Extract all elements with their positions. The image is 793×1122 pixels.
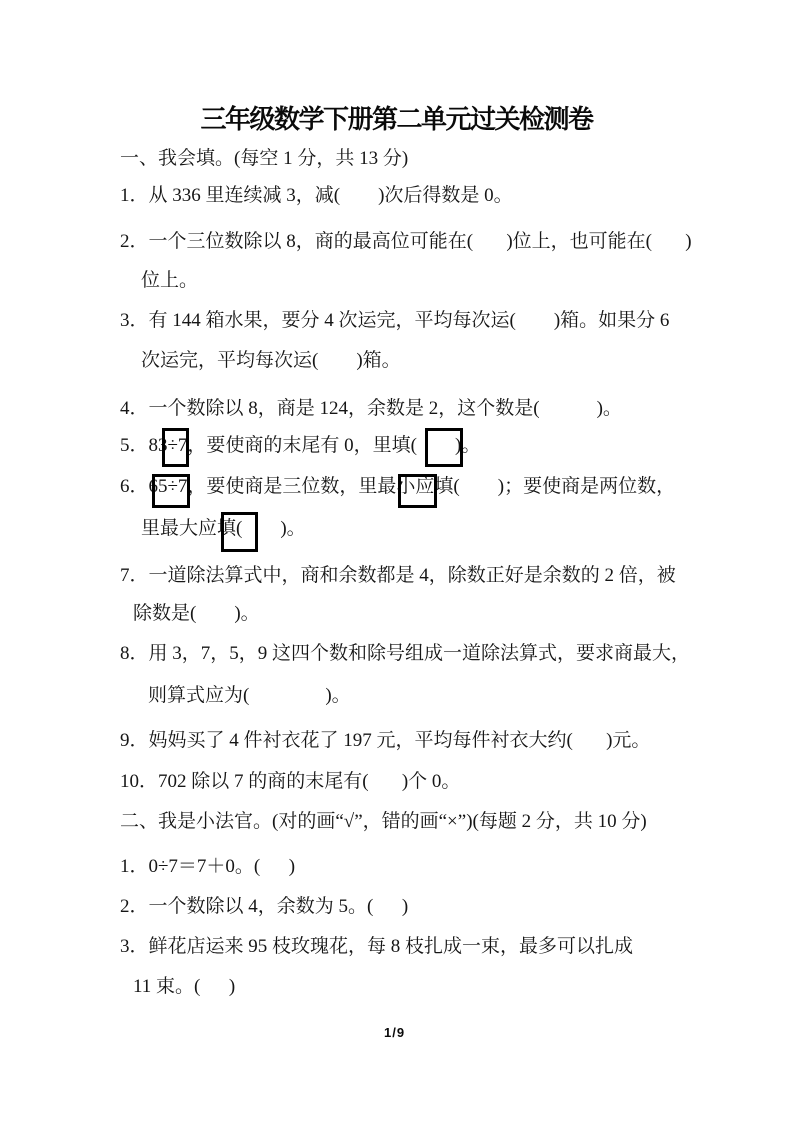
section-2-question-1: 1．0÷7＝7＋0。( ) (120, 855, 295, 879)
section-1-question-2-line-2: 位上。 (141, 269, 198, 293)
section-1-question-3-line-1: 3．有 144 箱水果，要分 4 次运完，平均每次运( )箱。如果分 6 (120, 309, 669, 333)
section-1-question-3-line-2: 次运完，平均每次运( )箱。 (141, 349, 401, 373)
fill-in-box-q6-divisor (152, 474, 190, 508)
section-1-question-7-line-2: 除数是( )。 (133, 602, 260, 626)
fill-in-box-q6-max (221, 512, 258, 552)
section-2-question-2: 2．一个数除以 4，余数为 5。( ) (120, 895, 408, 919)
fill-in-box-q6-min (398, 474, 437, 508)
section-2-question-3-line-1: 3．鲜花店运来 95 枝玫瑰花，每 8 枝扎成一束，最多可以扎成 (120, 935, 633, 959)
test-paper-page: 三年级数学下册第二单元过关检测卷 一、我会填。(每空 1 分，共 13 分) 1… (0, 0, 793, 1122)
section-1-question-8-line-1: 8．用 3，7，5，9 这四个数和除号组成一道除法算式，要求商最大， (120, 642, 690, 666)
fill-in-box-q5-divisor (162, 428, 189, 467)
section-1-question-7-line-1: 7．一道除法算式中，商和余数都是 4，除数正好是余数的 2 倍，被 (120, 564, 676, 588)
section-1-question-2-line-1: 2．一个三位数除以 8，商的最高位可能在( )位上，也可能在( ) (120, 230, 692, 254)
section-1-question-10: 10．702 除以 7 的商的末尾有( )个 0。 (120, 770, 460, 794)
document-title: 三年级数学下册第二单元过关检测卷 (0, 99, 793, 136)
fill-in-box-q5-answer (425, 428, 463, 467)
section-1-question-4: 4．一个数除以 8，商是 124，余数是 2，这个数是( )。 (120, 397, 622, 421)
section-1-heading: 一、我会填。(每空 1 分，共 13 分) (120, 147, 408, 171)
section-2-heading: 二、我是小法官。(对的画“√”，错的画“×”)(每题 2 分，共 10 分) (120, 810, 647, 834)
section-1-question-9: 9．妈妈买了 4 件衬衣花了 197 元，平均每件衬衣大约( )元。 (120, 729, 650, 753)
section-2-question-3-line-2: 11 束。( ) (133, 975, 235, 999)
section-1-question-1: 1．从 336 里连续减 3，减( )次后得数是 0。 (120, 184, 513, 208)
section-1-question-8-line-2: 则算式应为( )。 (148, 684, 351, 708)
page-number: 1/9 (384, 1025, 405, 1040)
